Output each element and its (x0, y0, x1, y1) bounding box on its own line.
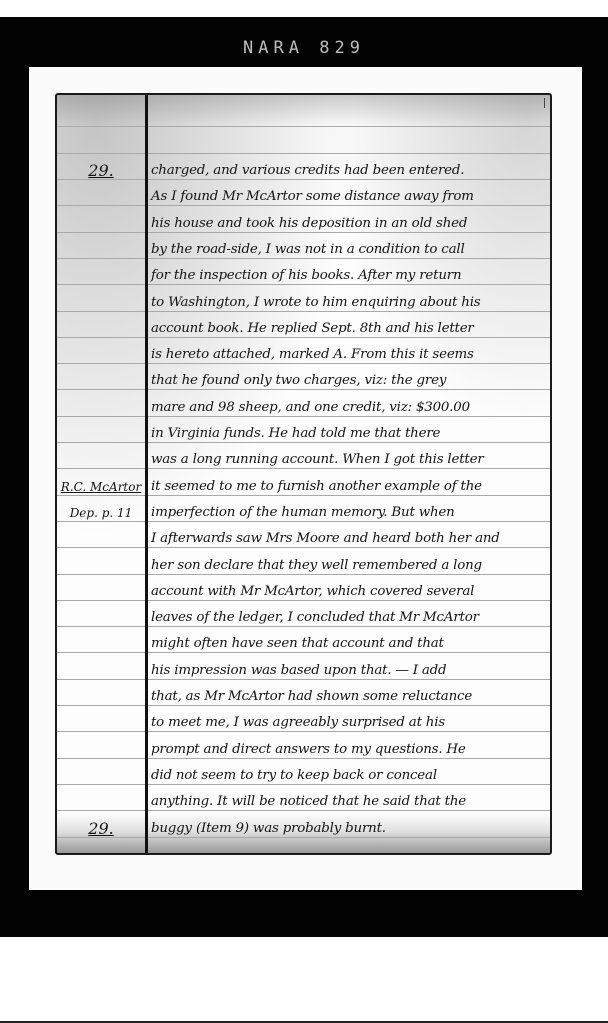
text-line: is hereto attached, marked A. From this … (151, 342, 551, 368)
margin-note-reference: Dep. p. 11 (59, 500, 143, 526)
text-line: his house and took his deposition in an … (151, 211, 551, 237)
text-line: buggy (Item 9) was probably burnt. (151, 816, 551, 842)
text-line: it seemed to me to furnish another examp… (151, 474, 551, 500)
margin-rule (145, 95, 148, 853)
text-line: did not seem to try to keep back or conc… (151, 763, 551, 789)
bottom-panel (0, 937, 608, 1023)
document-page: charged, and various credits had been en… (29, 67, 582, 890)
page-number-bottom-text: 29. (88, 819, 113, 838)
text-line: for the inspection of his books. After m… (151, 263, 551, 289)
ruled-line (57, 126, 550, 127)
text-line: that he found only two charges, viz: the… (151, 368, 551, 394)
text-line: account book. He replied Sept. 8th and h… (151, 316, 551, 342)
text-line: I afterwards saw Mrs Moore and heard bot… (151, 526, 551, 552)
text-line: account with Mr McArtor, which covered s… (151, 579, 551, 605)
text-line: his impression was based upon that. — I … (151, 658, 551, 684)
pencil-mark (544, 98, 545, 108)
page-number-bottom: 29. (59, 816, 143, 842)
page-number-top: 29. (59, 158, 143, 184)
text-line: to meet me, I was agreeably surprised at… (151, 710, 551, 736)
ledger-box: charged, and various credits had been en… (55, 93, 552, 855)
text-line: As I found Mr McArtor some distance away… (151, 184, 551, 210)
text-line: imperfection of the human memory. But wh… (151, 500, 551, 526)
text-line: her son declare that they well remembere… (151, 553, 551, 579)
margin-note-name-text: R.C. McArtor (61, 480, 141, 494)
text-line: that, as Mr McArtor had shown some reluc… (151, 684, 551, 710)
ruled-line (57, 153, 550, 154)
text-line: might often have seen that account and t… (151, 631, 551, 657)
text-line: in Virginia funds. He had told me that t… (151, 421, 551, 447)
text-line: was a long running account. When I got t… (151, 447, 551, 473)
text-line: charged, and various credits had been en… (151, 158, 551, 184)
microfilm-frame: NARA 829 charged, and various credits ha… (0, 17, 608, 937)
text-line: anything. It will be noticed that he sai… (151, 789, 551, 815)
text-line: leaves of the ledger, I concluded that M… (151, 605, 551, 631)
text-line: by the road-side, I was not in a conditi… (151, 237, 551, 263)
text-line: to Washington, I wrote to him enquiring … (151, 290, 551, 316)
text-line: mare and 98 sheep, and one credit, viz: … (151, 395, 551, 421)
page-number-top-text: 29. (88, 161, 113, 180)
top-strip (0, 0, 608, 17)
text-line: prompt and direct answers to my question… (151, 737, 551, 763)
margin-note-name: R.C. McArtor (59, 474, 143, 500)
microfilm-label: NARA 829 (0, 37, 608, 59)
